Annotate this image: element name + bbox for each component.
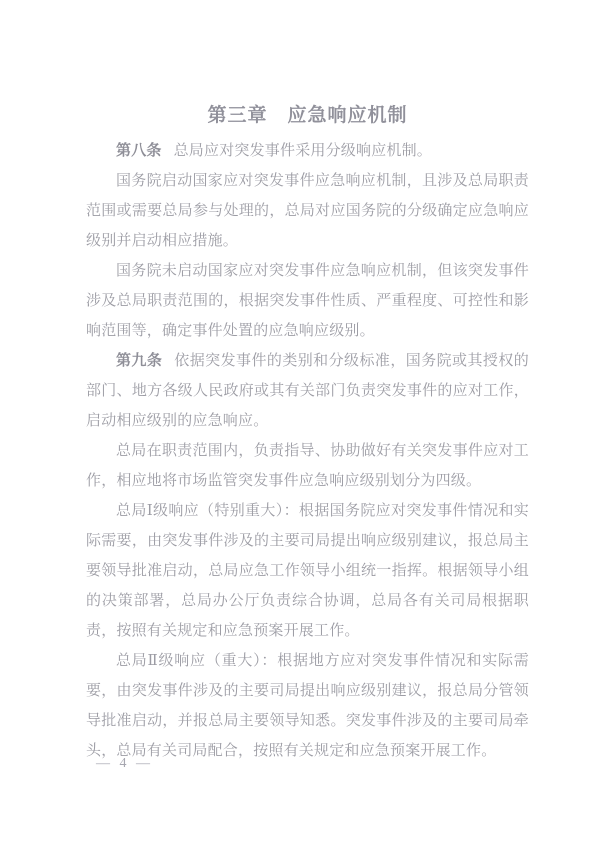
paragraph-text: 总局Ⅰ级响应（特别重大）：根据国务院应对突发事件情况和实际需要，由突发事件涉及的…: [86, 503, 529, 639]
page-number: — 4 —: [96, 754, 153, 774]
article-heading: 第八条: [116, 143, 162, 159]
paragraph-text: 国务院未启动国家应对突发事件应急响应机制，但该突发事件涉及总局职责范围的，根据突…: [86, 263, 529, 339]
chapter-title: 第三章 应急响应机制: [86, 103, 529, 129]
paragraph: 总局Ⅱ级响应（重大）：根据地方应对突发事件情况和实际需要，由突发事件涉及的主要司…: [86, 646, 529, 766]
paragraph: 国务院未启动国家应对突发事件应急响应机制，但该突发事件涉及总局职责范围的，根据突…: [86, 256, 529, 346]
paragraph: 总局在职责范围内，负责指导、协助做好有关突发事件应对工作，相应地将市场监管突发事…: [86, 436, 529, 496]
paragraph-text: 总局Ⅱ级响应（重大）：根据地方应对突发事件情况和实际需要，由突发事件涉及的主要司…: [86, 653, 529, 759]
paragraph-text: 国务院启动国家应对突发事件应急响应机制，且涉及总局职责范围或需要总局参与处理的，…: [86, 173, 529, 249]
paragraph-text: 总局在职责范围内，负责指导、协助做好有关突发事件应对工作，相应地将市场监管突发事…: [86, 443, 529, 489]
paragraph: 第九条依据突发事件的类别和分级标准，国务院或其授权的部门、地方各级人民政府或其有…: [86, 346, 529, 436]
article-heading: 第九条: [116, 353, 162, 369]
paragraph: 第八条总局应对突发事件采用分级响应机制。: [86, 136, 529, 166]
paragraph: 国务院启动国家应对突发事件应急响应机制，且涉及总局职责范围或需要总局参与处理的，…: [86, 166, 529, 256]
document-content: 第三章 应急响应机制 第八条总局应对突发事件采用分级响应机制。国务院启动国家应对…: [86, 103, 529, 766]
paragraph: 总局Ⅰ级响应（特别重大）：根据国务院应对突发事件情况和实际需要，由突发事件涉及的…: [86, 496, 529, 646]
paragraph-list: 第八条总局应对突发事件采用分级响应机制。国务院启动国家应对突发事件应急响应机制，…: [86, 136, 529, 766]
paragraph-text: 总局应对突发事件采用分级响应机制。: [174, 143, 432, 159]
document-page: 第三章 应急响应机制 第八条总局应对突发事件采用分级响应机制。国务院启动国家应对…: [0, 0, 600, 848]
